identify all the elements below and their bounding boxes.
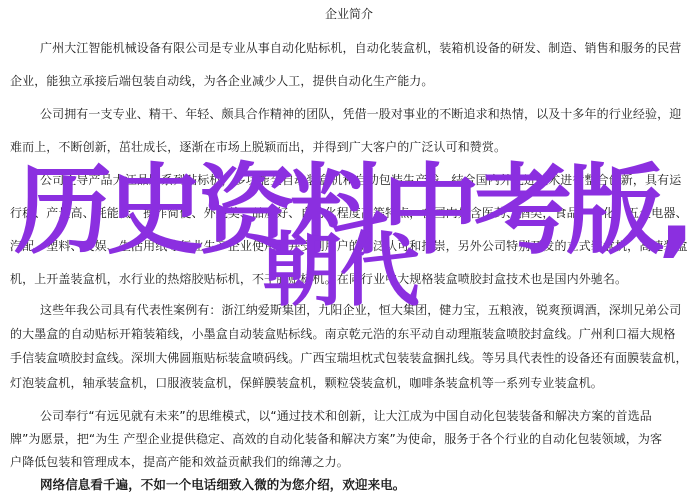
document-page: 企业简介 广州大江智能机械设备有限公司是专业从事自动化贴标机，自动化装盒机，装箱… (0, 0, 698, 499)
paragraph-line: 这些年我公司具有代表性案例有：浙江纳爱斯集团，九阳企业，恒大集团，健力宝，五粮液… (40, 302, 681, 318)
paragraph-line: 机，上开盖装盒机，水行业的热熔胶贴标机，不干胶贴标机。在同行业中大规格装盒喷胶封… (10, 271, 627, 287)
paragraph-line: 难而上，不断创新，茁壮成长，逐渐在市场上脱颖而出，并得到广大客户的广泛认可和赞赏… (10, 139, 506, 155)
paragraph-line: 的大墨盒的自动贴标开箱装箱线，小墨盒自动装盒贴标线。南京乾元浩的东平动自动理瓶装… (10, 326, 676, 342)
paragraph-line: 广州大江智能机械设备有限公司是专业从事自动化贴标机，自动化装盒机，装箱机设备的研… (40, 40, 681, 56)
paragraph-line: 公司奉行“有远见就有未来”的思维模式，以“通过技术和创新，让大江成为中国自动化包… (40, 408, 652, 424)
paragraph-line: 户降低包装和管理成本，提高产能和效益贡献我们的绵薄之力。 (10, 454, 349, 470)
paragraph-line: 汽配、塑料、文娱、生活用纸等行业生产企业使用，并受到用户的广泛认可和推崇，另外公… (10, 238, 688, 254)
paragraph-line: 手信装盒喷胶封盒线。深圳大佛圆瓶贴标装盒喷码线。广西宝瑞坦枕式包装装盒捆扎线。等… (10, 350, 688, 366)
paragraph-line: 企业，能独立承接后端包装自动线，为各企业减少人工，提供自动化生产能力。 (10, 73, 434, 89)
paragraph-line: 灯泡装盒机，轴承装盒机，口服液装盒机，保鲜膜装盒机，颗粒袋装盒机，咖啡条装盒机等… (10, 375, 603, 391)
paragraph-line: 行稳、产量高、耗能低、操作简便、外观美、品质好、自动化程度高等特点，在国内外含医… (10, 205, 688, 221)
paragraph-line: 公司拥有一支专业、精干、年轻、颇具合作精神的团队，凭借一股对事业的不断追求和热情… (40, 106, 681, 122)
page-title: 企业简介 (0, 6, 698, 22)
paragraph-line: 牌”为愿景，把“为生 产型企业提供稳定、高效的自动化装备和解决方案”为使命，服务… (10, 431, 662, 447)
paragraph-line: 公司主导产品大江品牌系列贴标机，多功能全自动装盒机和自动包装生产线，结合国内外先… (40, 172, 681, 188)
closing-line: 网络信息看千遍，不如一个电话细致入微的为您介绍，欢迎来电。 (40, 477, 405, 493)
